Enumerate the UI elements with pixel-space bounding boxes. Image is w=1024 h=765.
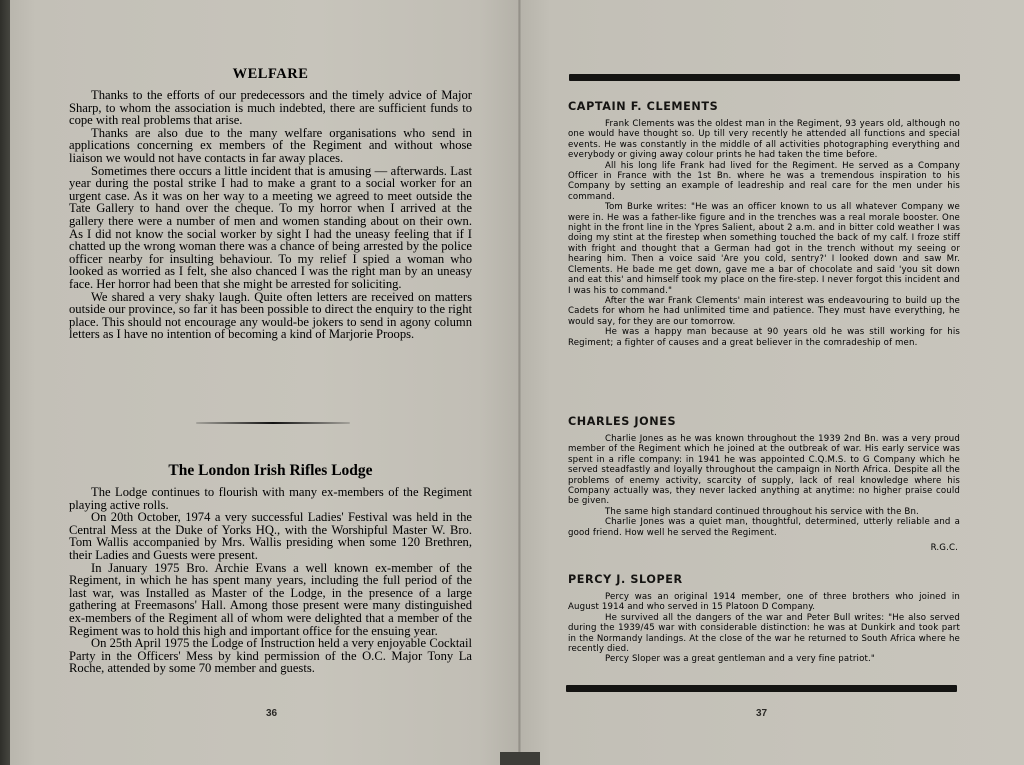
lodge-heading: The London Irish Rifles Lodge [69, 462, 472, 480]
lodge-paragraph: The Lodge continues to flourish with man… [69, 486, 472, 511]
section-divider-rule [196, 422, 350, 424]
clements-paragraph: He was a happy man because at 90 years o… [568, 327, 960, 348]
sloper-body: Percy was an original 1914 member, one o… [568, 592, 960, 665]
table-surface-bottom [500, 752, 540, 765]
sloper-paragraph: Percy Sloper was a great gentleman and a… [568, 654, 960, 664]
open-booklet-spread: WELFARE Thanks to the efforts of our pre… [0, 0, 1024, 765]
lodge-paragraph: On 20th October, 1974 a very successful … [69, 511, 472, 561]
welfare-paragraph: We shared a very shaky laugh. Quite ofte… [69, 291, 472, 341]
jones-paragraph: The same high standard continued through… [568, 507, 960, 517]
sloper-heading: PERCY J. SLOPER [568, 573, 683, 586]
page-number-left: 36 [266, 708, 277, 719]
sloper-paragraph: He survived all the dangers of the war a… [568, 613, 960, 655]
jones-paragraph: Charlie Jones was a quiet man, thoughtfu… [568, 517, 960, 538]
clements-paragraph: All his long life Frank had lived for th… [568, 161, 960, 203]
sloper-paragraph: Percy was an original 1914 member, one o… [568, 592, 960, 613]
welfare-paragraph: Sometimes there occurs a little incident… [69, 165, 472, 291]
jones-signature: R.G.C. [568, 543, 960, 553]
jones-heading: CHARLES JONES [568, 415, 676, 428]
jones-paragraph: Charlie Jones as he was known throughout… [568, 434, 960, 507]
clements-paragraph: Tom Burke writes: "He was an officer kno… [568, 202, 960, 296]
top-black-rule [569, 74, 960, 81]
clements-body: Frank Clements was the oldest man in the… [568, 119, 960, 348]
clements-paragraph: After the war Frank Clements' main inter… [568, 296, 960, 327]
jones-body: Charlie Jones as he was known throughout… [568, 434, 960, 553]
book-spine-fold [518, 0, 521, 765]
lodge-body: The Lodge continues to flourish with man… [69, 486, 472, 675]
welfare-body: Thanks to the efforts of our predecessor… [69, 89, 472, 341]
lodge-paragraph: In January 1975 Bro. Archie Evans a well… [69, 562, 472, 638]
clements-paragraph: Frank Clements was the oldest man in the… [568, 119, 960, 161]
clements-heading: CAPTAIN F. CLEMENTS [568, 100, 718, 113]
welfare-paragraph: Thanks to the efforts of our predecessor… [69, 89, 472, 127]
lodge-paragraph: On 25th April 1975 the Lodge of Instruct… [69, 637, 472, 675]
page-number-right: 37 [756, 708, 767, 719]
welfare-paragraph: Thanks are also due to the many welfare … [69, 127, 472, 165]
welfare-heading: WELFARE [69, 66, 472, 83]
bottom-black-rule [566, 685, 957, 692]
